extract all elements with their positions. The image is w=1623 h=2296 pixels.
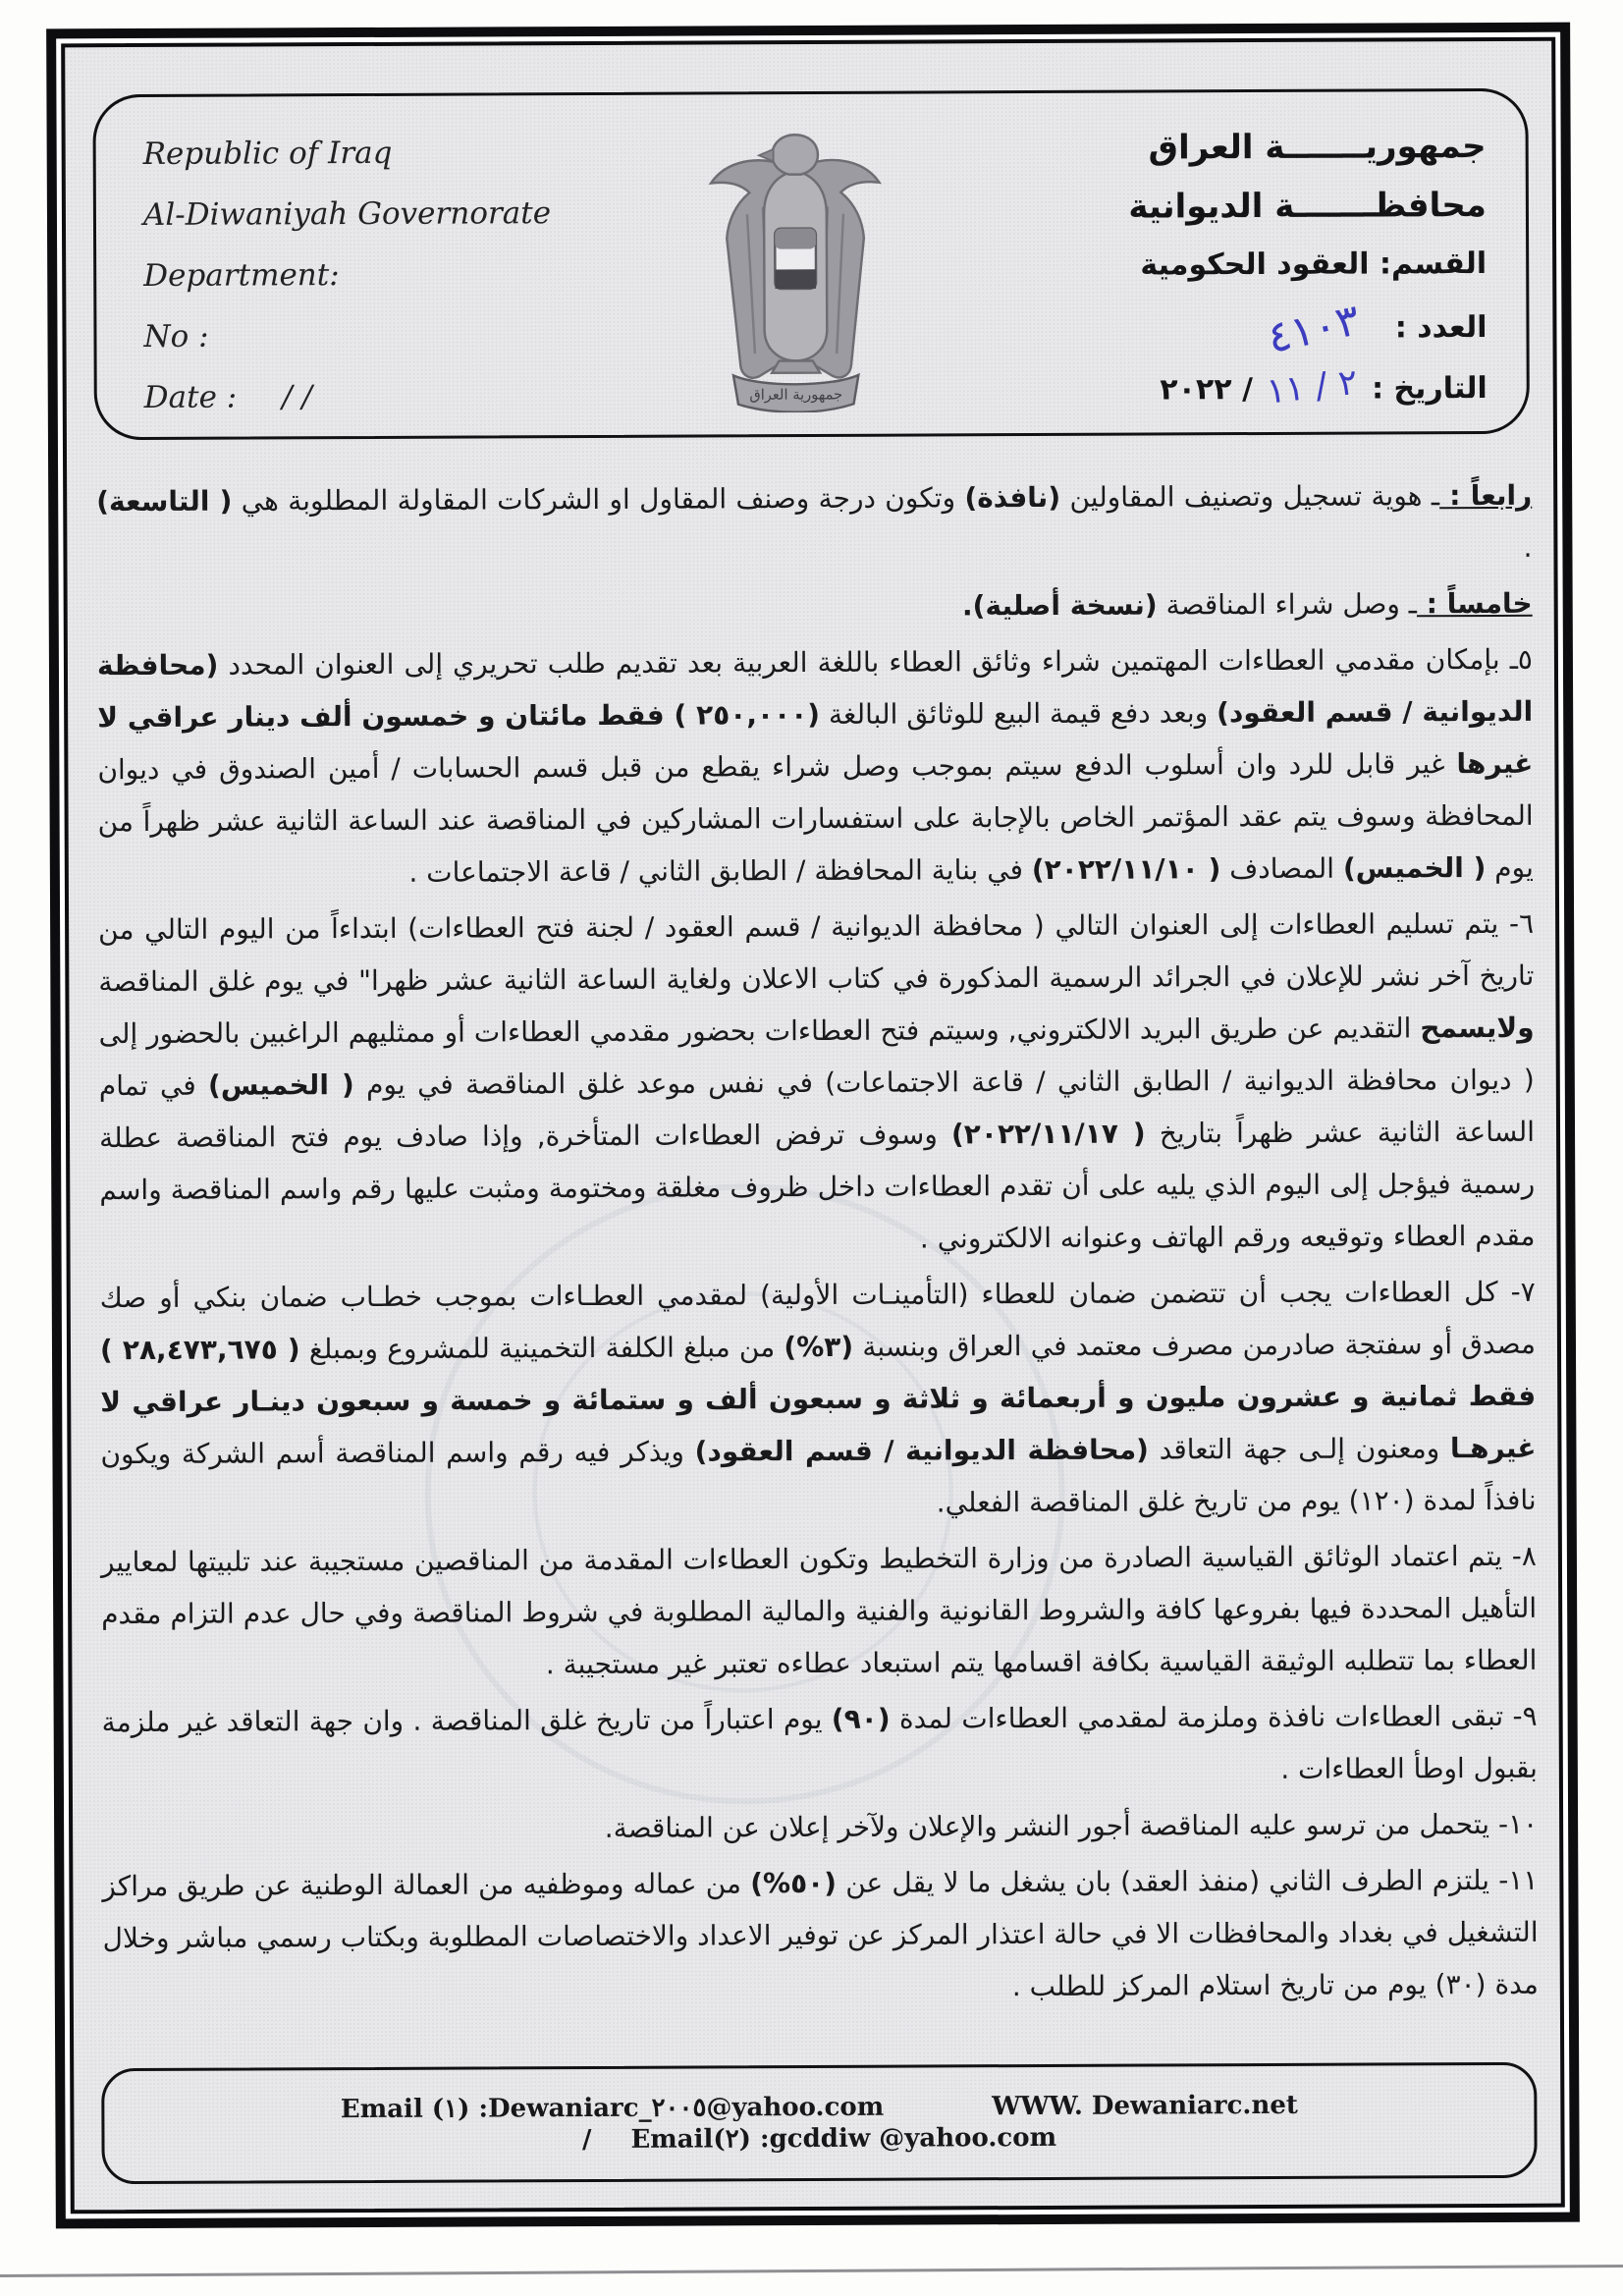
arabic-governorate: محافظـــــــة الديوانية (1025, 184, 1487, 229)
clause-11-segment: ١١- يلتزم الطرف الثاني (منفذ العقد) بان … (837, 1864, 1538, 1899)
clause-11: ١١- يلتزم الطرف الثاني (منفذ العقد) بان … (102, 1854, 1539, 2016)
footer-line-1: Email (١) :Dewaniarc_٢٠٠٥@yahoo.com WWW.… (341, 2091, 1298, 2124)
arabic-number-row: العدد : ٤١٠٣ (1025, 301, 1487, 352)
clause-fourth-segment: وتكون درجة وصنف المقاول او الشركات المقا… (232, 481, 964, 517)
clause-5-segment: في بناية المحافظة / الطابق الثاني / قاعة… (408, 853, 1032, 889)
clause-6-segment: ( ٢٠٢٢/١١/١٧) (951, 1118, 1146, 1151)
date-handwritten-value: ٢ / ١١ (1265, 361, 1360, 414)
english-no-label: No : (143, 317, 566, 355)
arabic-country: جمهوريـــــــة العراق (1025, 125, 1487, 170)
letterhead-arabic-block: جمهوريـــــــة العراق محافظـــــــة الدي… (1024, 109, 1487, 423)
clause-6: ٦- يتم تسليم العطاءات إلى العنوان التالي… (98, 898, 1536, 1268)
emblem-banner-text: جمهورية العراق (749, 386, 842, 403)
number-label: العدد : (1395, 310, 1488, 345)
clause-fourth-segment: (نافذة) (964, 481, 1060, 514)
clause-7-segment: من مبلغ الكلفة التخمينية للمشروع وبمبلغ (300, 1331, 784, 1365)
clause-fifth: خامساً : ـ وصل شراء المناقصة (نسخة أصلية… (97, 577, 1533, 635)
clause-fourth-segment: ـ هوية تسجيل وتصنيف المقاولين (1060, 479, 1439, 514)
clause-fourth-segment: رابعاً : (1439, 479, 1532, 512)
clause-5-segment: المصادف (1220, 852, 1343, 886)
english-department-label: Department: (143, 256, 566, 294)
emblem-container: جمهورية العراق (565, 111, 1025, 425)
english-governorate: Al-Diwaniyah Governorate (143, 195, 566, 233)
clause-7-segment: ومعنون إلـى جهة التعاقد (1149, 1432, 1450, 1465)
paper-area: Republic of Iraq Al-Diwaniyah Governorat… (61, 37, 1565, 2214)
clause-11-segment: (٥٠%) (750, 1867, 837, 1899)
footer-contact-box: Email (١) :Dewaniarc_٢٠٠٥@yahoo.com WWW.… (101, 2062, 1538, 2184)
arabic-date-row: التاريخ : ٢ / ١١ / ٢٠٢٢ (1026, 365, 1488, 412)
clause-8-segment: ٨- يتم اعتماد الوثائق القياسية الصادرة م… (101, 1540, 1538, 1680)
clause-8: ٨- يتم اعتماد الوثائق القياسية الصادرة م… (101, 1530, 1538, 1692)
clause-fifth-segment: خامساً : (1417, 587, 1533, 621)
page-border-frame: Republic of Iraq Al-Diwaniyah Governorat… (46, 23, 1580, 2229)
clause-10-segment: ١٠- يتحمل من ترسو عليه المناقصة أجور الن… (605, 1808, 1538, 1844)
footer-slash: / (582, 2125, 592, 2155)
clause-5-segment: ٥ـ بإمكان مقدمي العطاءات المهتمين شراء و… (218, 643, 1533, 682)
clause-5-segment: وبعد دفع قيمة البيع للوثائق البالغة (820, 696, 1217, 731)
clause-fourth-segment: . (1523, 531, 1532, 564)
english-date-slashes: / / (282, 379, 312, 414)
clause-5-segment: ( الخميس) (1343, 851, 1487, 885)
clause-6-segment: ٦- يتم تسليم العطاءات إلى العنوان التالي… (98, 907, 1534, 998)
clause-7-segment: (محافظة الديوانية / قسم العقود) (695, 1434, 1149, 1468)
clause-fourth: رابعاً : ـ هوية تسجيل وتصنيف المقاولين (… (96, 469, 1532, 579)
clause-10: ١٠- يتحمل من ترسو عليه المناقصة أجور الن… (102, 1798, 1538, 1856)
clause-9: ٩- تبقى العطاءات نافذة وملزمة لمقدمي الع… (102, 1690, 1538, 1800)
email-2: Email(٢) :gcddiw @yahoo.com (630, 2123, 1056, 2155)
number-handwritten-value: ٤١٠٣ (1264, 299, 1364, 360)
clause-9-segment: ٩- تبقى العطاءات نافذة وملزمة لمقدمي الع… (891, 1700, 1538, 1735)
clause-fifth-segment: (نسخة أصلية). (962, 588, 1158, 622)
english-date-row: Date : / / (144, 378, 567, 415)
letterhead-english-block: Republic of Iraq Al-Diwaniyah Governorat… (143, 113, 567, 427)
arabic-department: القسم: العقود الحكومية (1025, 243, 1487, 288)
clause-fifth-segment: ـ وصل شراء المناقصة (1158, 587, 1417, 621)
clause-5-segment: ( ٢٠٢٢/١١/١٠) (1032, 852, 1221, 886)
email-1: Email (١) :Dewaniarc_٢٠٠٥@yahoo.com (341, 2093, 885, 2124)
clause-fourth-segment: ( التاسعة) (96, 485, 232, 519)
date-label: التاريخ : (1372, 367, 1488, 411)
clause-6-segment: ( الخميس) (208, 1068, 354, 1102)
english-country: Republic of Iraq (143, 135, 566, 172)
clause-9-segment: (٩٠) (832, 1703, 891, 1735)
scanned-document-page: { "colors": { "paper": "#e8e8ea", "ink":… (0, 0, 1623, 2296)
footer-line-2: / Email(٢) :gcddiw @yahoo.com (582, 2123, 1056, 2155)
letterhead: Republic of Iraq Al-Diwaniyah Governorat… (92, 88, 1530, 440)
website-url: WWW. Dewaniarc.net (992, 2091, 1298, 2121)
english-date-label: Date : (144, 380, 238, 415)
iraq-coat-of-arms-icon: جمهورية العراق (663, 117, 929, 412)
scan-edge-artifact (0, 2265, 1623, 2277)
document-body: رابعاً : ـ هوية تسجيل وتصنيف المقاولين (… (96, 469, 1539, 2020)
clause-7: ٧- كل العطاءات يجب أن تتضمن ضمان للعطاء … (100, 1266, 1537, 1532)
date-printed-year: / ٢٠٢٢ (1160, 368, 1253, 411)
clause-7-segment: (٣%) (784, 1331, 853, 1363)
clause-6-segment: ولايسمح (1420, 1011, 1534, 1045)
clause-5: ٥ـ بإمكان مقدمي العطاءات المهتمين شراء و… (97, 633, 1534, 900)
